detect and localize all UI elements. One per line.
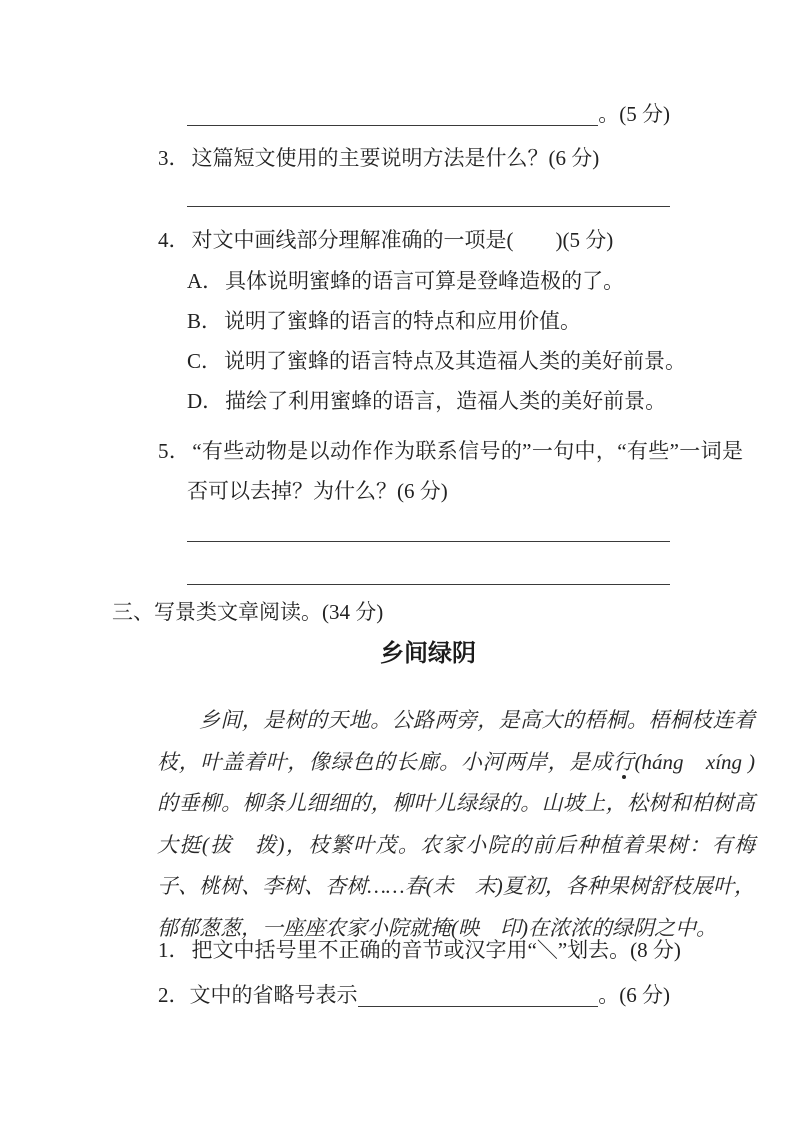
section-3-question-1-number: 1． (158, 938, 190, 962)
option-c-text: 说明了蜜蜂的语言特点及其造福人类的美好前景。 (224, 349, 686, 373)
question-5-text: “有些动物是以动作作为联系信号的”一句中，“有些”一词是否可以去掉？为什么？(6… (187, 439, 743, 503)
option-c: C．说明了蜜蜂的语言特点及其造福人类的美好前景。 (187, 343, 686, 379)
section-3-question-1-text: 把文中括号里不正确的音节或汉字用“＼”划去。(8 分) (192, 938, 681, 962)
exam-paper-page: 。(5 分) 3．这篇短文使用的主要说明方法是什么？(6 分) 4．对文中画线部… (0, 0, 793, 1122)
section-3-question-2-number: 2． (158, 977, 190, 1013)
option-d: D．描绘了利用蜜蜂的语言，造福人类的美好前景。 (187, 383, 666, 419)
question-3-number: 3． (158, 146, 190, 170)
section-3-question-1: 1．把文中括号里不正确的音节或汉字用“＼”划去。(8 分) (158, 932, 681, 968)
option-d-text: 描绘了利用蜜蜂的语言，造福人类的美好前景。 (225, 389, 666, 413)
option-b-label: B． (187, 309, 222, 333)
section-3-heading: 三、写景类文章阅读。(34 分) (112, 596, 383, 628)
passage-body: 乡间，是树的天地。公路两旁，是高大的梧桐。梧桐枝连着枝，叶盖着叶，像绿色的长廊。… (157, 700, 755, 949)
question-3: 3．这篇短文使用的主要说明方法是什么？(6 分) (158, 140, 599, 176)
answer-blank-line (187, 541, 670, 542)
answer-blank-line (187, 96, 598, 126)
option-d-label: D． (187, 389, 223, 413)
passage-text-after-emphasis: (háng xíng )的垂柳。柳条儿细细的，柳叶儿绿绿的。山坡上，松树和柏树高… (157, 750, 755, 940)
question-4-text: 对文中画线部分理解准确的一项是( )(5 分) (192, 228, 614, 252)
option-b: B．说明了蜜蜂的语言的特点和应用价值。 (187, 303, 581, 339)
answer-blank-line (358, 977, 599, 1007)
section-3-question-2-text: 文中的省略号表示 (190, 977, 358, 1013)
score-label: 。(5 分) (598, 96, 670, 132)
question-4: 4．对文中画线部分理解准确的一项是( )(5 分) (158, 222, 613, 258)
option-c-label: C． (187, 349, 222, 373)
question-5: 5．“有些动物是以动作作为联系信号的”一句中，“有些”一词是否可以去掉？为什么？… (158, 431, 743, 511)
passage-emphasized-char: 行 (613, 750, 635, 774)
answer-blank-line (187, 584, 670, 585)
section-3-question-2: 2．文中的省略号表示 。(6 分) (158, 977, 670, 1013)
question-5-number: 5． (158, 439, 190, 463)
answer-row-top: 。(5 分) (187, 96, 670, 132)
option-a: A．具体说明蜜蜂的语言可算是登峰造极的了。 (187, 263, 624, 299)
question-3-text: 这篇短文使用的主要说明方法是什么？(6 分) (192, 146, 600, 170)
answer-blank-line (187, 206, 670, 207)
passage-title: 乡间绿阴 (130, 638, 726, 670)
option-a-label: A． (187, 269, 223, 293)
question-4-number: 4． (158, 228, 190, 252)
option-b-text: 说明了蜜蜂的语言的特点和应用价值。 (224, 309, 581, 333)
score-label: 。(6 分) (598, 977, 670, 1013)
option-a-text: 具体说明蜜蜂的语言可算是登峰造极的了。 (225, 269, 624, 293)
